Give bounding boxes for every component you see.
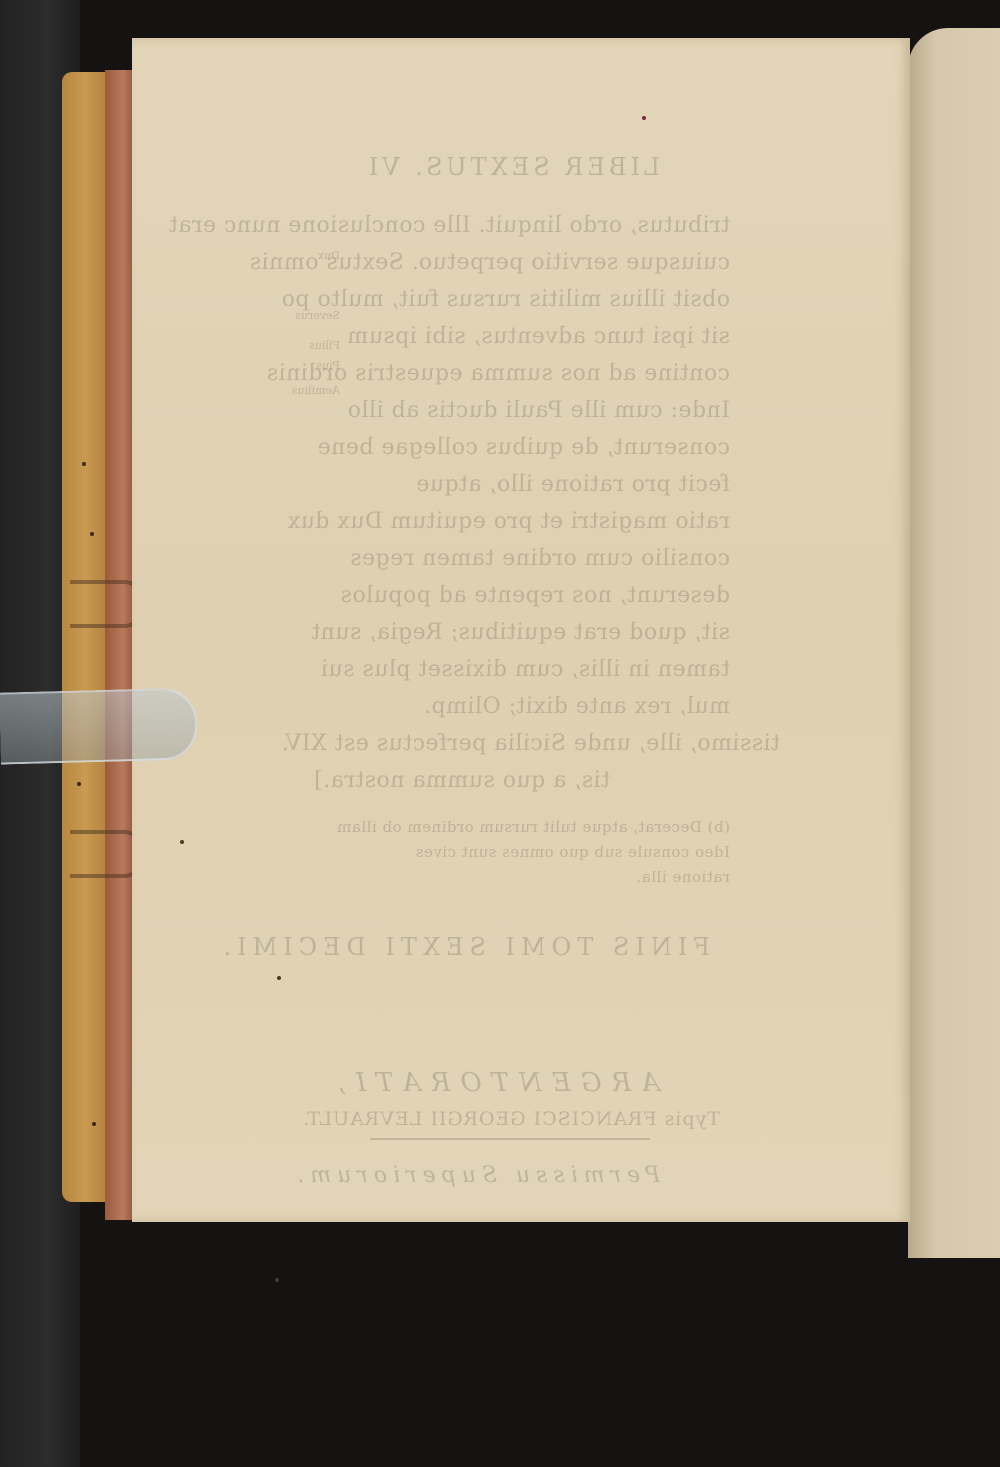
- ghost-margin-note: Filius: [280, 338, 340, 354]
- spine-speck: [77, 782, 81, 786]
- ghost-privilege: Permissu Superiorum.: [291, 1163, 660, 1188]
- ghost-footnote: Ideo consule sub quo omnes sunt cives: [415, 843, 730, 861]
- ghost-margin-note: Aemilius: [280, 383, 340, 399]
- ghost-line: fecit pro ratione illo, atque: [416, 472, 730, 497]
- ghost-line: tributus, ordo linquit. Ille conclusione…: [169, 213, 730, 238]
- ghost-margin-note: Severus: [280, 308, 340, 324]
- facing-page-edge: [908, 28, 1000, 1258]
- paper-speck: [275, 1278, 279, 1282]
- spine-speck: [82, 462, 86, 466]
- ghost-finis: FINIS TOMI SEXTI DECIMI.: [217, 933, 710, 961]
- ghost-footnote: (b) Decerat, atque tulit rursum ordinem …: [337, 818, 730, 836]
- book-clip-holder: [0, 687, 198, 764]
- ghost-header: LIBER SEXTUS. VI: [365, 153, 660, 181]
- ghost-line: sit, quod erat equitibus; Regia, sunt: [311, 620, 730, 645]
- paper-speck: [642, 116, 646, 120]
- ghost-line: consilio cum ordine tamen reges: [350, 546, 730, 571]
- ghost-line: mul, rex ante dixit; Olimp.: [424, 694, 730, 719]
- ghost-rule: [370, 1138, 650, 1140]
- ghost-margin-note: Pius: [280, 358, 340, 374]
- show-through-text: LIBER SEXTUS. VI tributus, ordo linquit.…: [132, 38, 910, 1222]
- ghost-line: conserunt, de quibus collegae bene: [317, 435, 730, 460]
- ghost-printer: Typis FRANCISCI GEORGII LEVRAULT.: [302, 1108, 720, 1130]
- ghost-place: ARGENTORATI,: [328, 1068, 660, 1098]
- ghost-line: sit ipsi tunc adventus, sibi ipsum: [347, 324, 730, 349]
- page-block-edge: [105, 70, 135, 1220]
- ghost-line: ratio magistri et pro equitum Dux dux: [287, 509, 730, 534]
- ghost-footnote: ratione illa.: [636, 868, 730, 886]
- ghost-line: tamen in illis, cum dixisset plus sui: [320, 657, 730, 682]
- spine-speck: [92, 1122, 96, 1126]
- ghost-line: deserunt, nos repente ad populos: [340, 583, 730, 608]
- ghost-margin-note: Dux: [280, 248, 340, 264]
- paper-speck: [180, 840, 184, 844]
- paper-speck: [277, 976, 281, 980]
- book-page-verso: LIBER SEXTUS. VI tributus, ordo linquit.…: [132, 38, 910, 1222]
- spine-speck: [90, 532, 94, 536]
- ghost-line: tis, a quo summa nostra.]: [314, 768, 610, 793]
- ghost-line: tissimo, ille, unde Sicilia perfectus es…: [281, 731, 780, 756]
- ghost-line: obsit illius militis rursus fuit, multo …: [281, 287, 730, 312]
- ghost-line: Inde: cum ille Pauli ductis ab illo: [347, 398, 730, 423]
